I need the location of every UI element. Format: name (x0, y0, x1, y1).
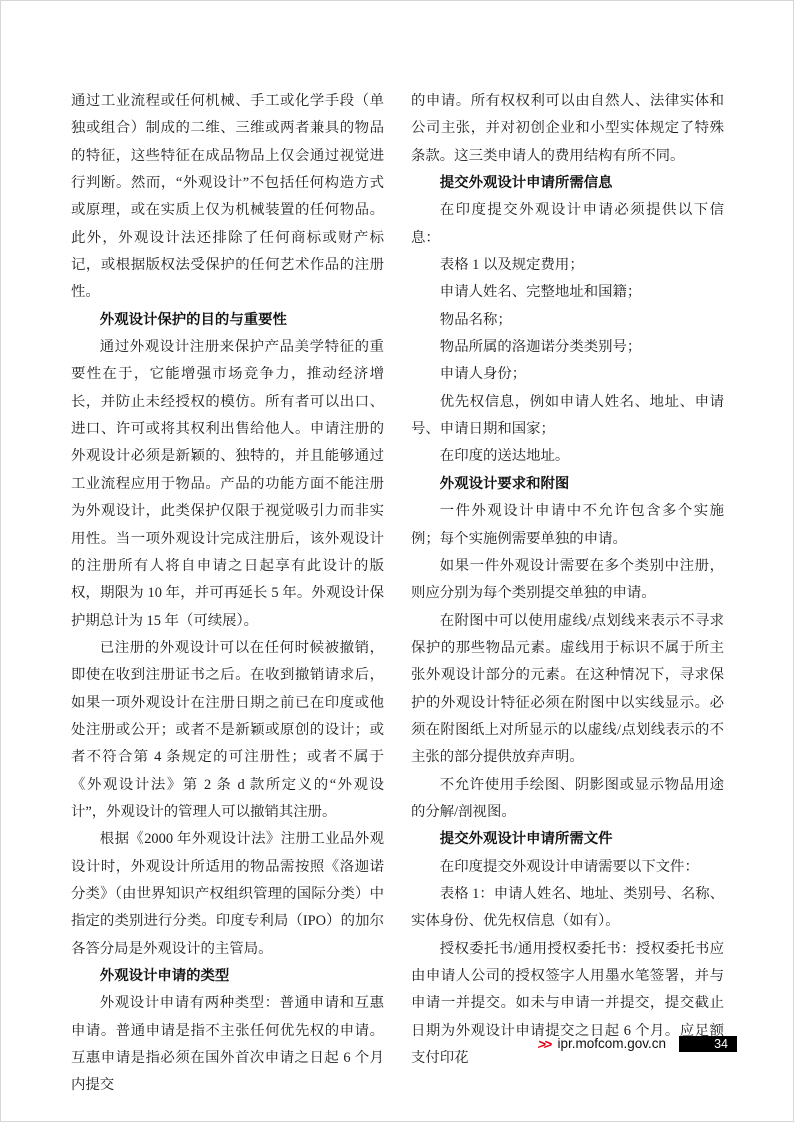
paragraph: 如果一件外观设计需要在多个类别中注册，则应分别为每个类别提交单独的申请。 (411, 553, 724, 608)
content-columns: 通过工业流程或任何机械、手工或化学手段（单独或组合）制成的二维、三维或两者兼具的… (71, 88, 724, 1100)
paragraph: 在附图中可以使用虚线/点划线来表示不寻求保护的那些物品元素。虚线用于标识不属于所… (411, 608, 724, 772)
list-item: 申请人姓名、完整地址和国籍； (411, 279, 724, 306)
paragraph: 外观设计申请有两种类型：普通申请和互惠申请。普通申请是指不主张任何优先权的申请。… (71, 990, 384, 1099)
section-heading: 外观设计要求和附图 (411, 471, 724, 498)
paragraph: 在印度提交外观设计申请必须提供以下信息： (411, 197, 724, 252)
paragraph: 通过外观设计注册来保护产品美学特征的重要性在于，它能增强市场竞争力，推动经济增长… (71, 334, 384, 635)
list-item: 物品名称； (411, 307, 724, 334)
column-left: 通过工业流程或任何机械、手工或化学手段（单独或组合）制成的二维、三维或两者兼具的… (71, 88, 384, 1100)
section-heading: 提交外观设计申请所需信息 (411, 170, 724, 197)
section-heading: 提交外观设计申请所需文件 (411, 826, 724, 853)
paragraph: 表格 1：申请人姓名、地址、类别号、名称、实体身份、优先权信息（如有）。 (411, 881, 724, 936)
paragraph: 在印度提交外观设计申请需要以下文件： (411, 854, 724, 881)
paragraph: 根据《2000 年外观设计法》注册工业品外观设计时，外观设计所适用的物品需按照《… (71, 826, 384, 963)
list-item: 优先权信息，例如申请人姓名、地址、申请号、申请日期和国家； (411, 389, 724, 444)
double-right-chevron-icon: >> (537, 1037, 552, 1051)
paragraph: 已注册的外观设计可以在任何时候被撤销，即使在收到注册证书之后。在收到撤销请求后，… (71, 635, 384, 826)
list-item: 物品所属的洛迦诺分类类别号； (411, 334, 724, 361)
page-number-badge: 34 (679, 1036, 737, 1052)
paragraph: 不允许使用手绘图、阴影图或显示物品用途的分解/剖视图。 (411, 772, 724, 827)
list-item: 表格 1 以及规定费用； (411, 252, 724, 279)
paragraph-continuation: 的申请。所有权权利可以由自然人、法律实体和公司主张，并对初创企业和小型实体规定了… (411, 88, 724, 170)
list-item: 申请人身份； (411, 361, 724, 388)
paragraph: 一件外观设计申请中不允许包含多个实施例；每个实施例需要单独的申请。 (411, 498, 724, 553)
site-url: ipr.mofcom.gov.cn (557, 1037, 666, 1051)
section-heading: 外观设计保护的目的与重要性 (71, 307, 384, 334)
column-right: 的申请。所有权权利可以由自然人、法律实体和公司主张，并对初创企业和小型实体规定了… (411, 88, 724, 1100)
page-footer: >> ipr.mofcom.gov.cn 34 (538, 1035, 737, 1053)
paragraph-continuation: 通过工业流程或任何机械、手工或化学手段（单独或组合）制成的二维、三维或两者兼具的… (71, 88, 384, 307)
document-page: 通过工业流程或任何机械、手工或化学手段（单独或组合）制成的二维、三维或两者兼具的… (0, 0, 794, 1122)
section-heading: 外观设计申请的类型 (71, 963, 384, 990)
list-item: 在印度的送达地址。 (411, 443, 724, 470)
